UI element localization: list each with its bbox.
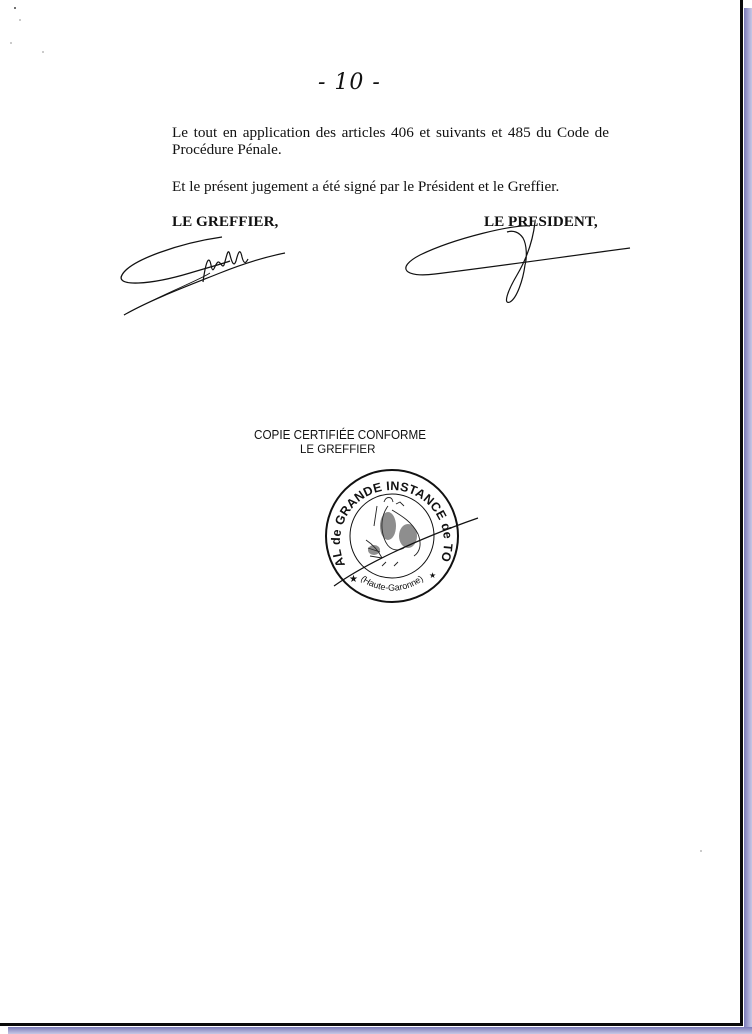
signature-statement: Et le présent jugement a été signé par l… — [172, 178, 609, 195]
seal-bottom-text: (Haute-Garonne) — [359, 573, 425, 592]
scan-speck — [700, 850, 702, 852]
page-number: - 10 - — [318, 70, 398, 95]
scan-speck — [42, 51, 44, 53]
scan-speck — [10, 42, 12, 44]
scan-speck — [19, 19, 21, 21]
svg-text:(Haute-Garonne): (Haute-Garonne) — [359, 573, 425, 592]
certification-title: COPIE CERTIFIÉE CONFORME — [254, 427, 426, 442]
document-page: - 10 - Le tout en application des articl… — [0, 0, 743, 1026]
svg-text:TRIBUNAL de GRANDE INSTANCE de: TRIBUNAL de GRANDE INSTANCE de TOULOUSE — [317, 455, 455, 569]
greffier-signature-icon — [110, 225, 300, 325]
page-shadow-bottom — [8, 1027, 752, 1034]
certification-subtitle: LE GREFFIER — [300, 444, 375, 456]
page-shadow-right — [744, 8, 752, 1034]
president-signature-icon — [395, 220, 635, 310]
seal-outer-text: TRIBUNAL de GRANDE INSTANCE de TOULOUSE — [317, 455, 455, 569]
scan-speck — [14, 7, 16, 9]
court-seal-icon: TRIBUNAL de GRANDE INSTANCE de TOULOUSE … — [322, 466, 462, 606]
closing-paragraph: Le tout en application des articles 406 … — [172, 124, 609, 158]
svg-text:★: ★ — [429, 571, 436, 580]
